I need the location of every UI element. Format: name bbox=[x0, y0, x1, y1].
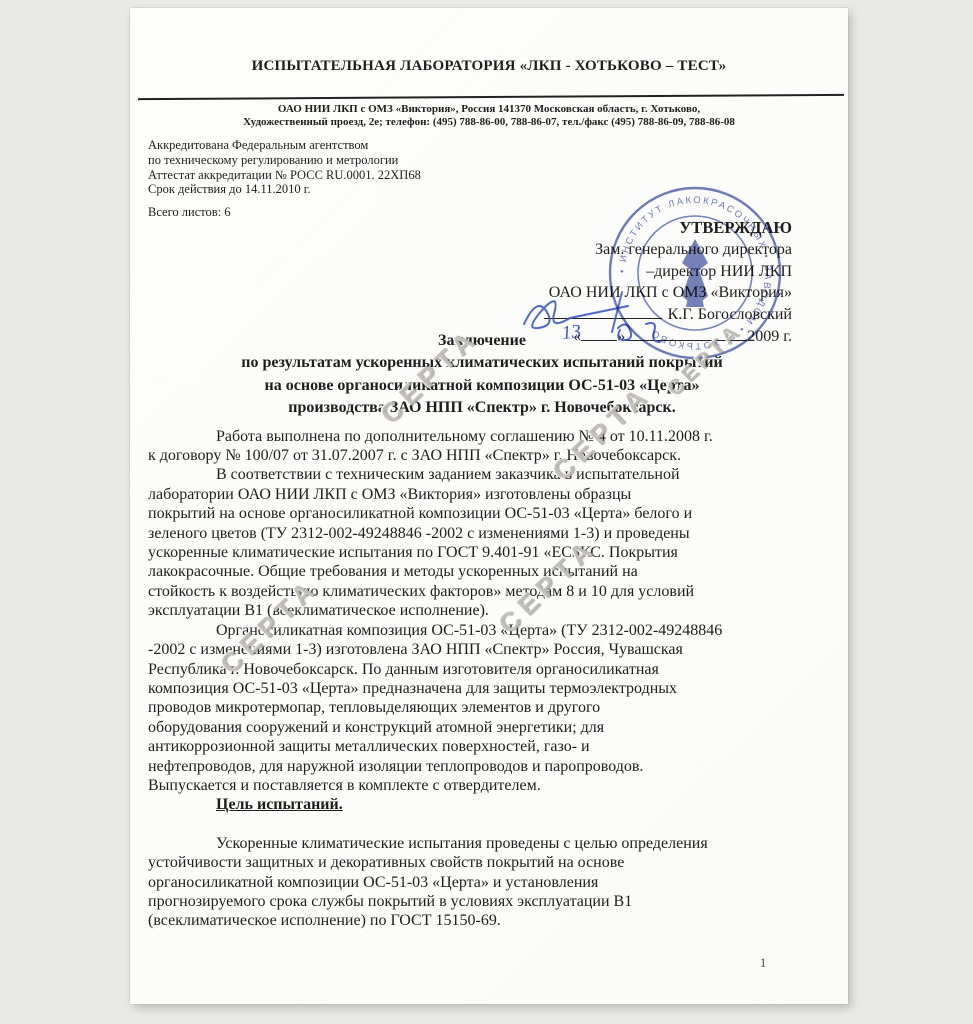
header-divider bbox=[138, 94, 844, 100]
org-address-line1: ОАО НИИ ЛКП с ОМЗ «Виктория», Россия 141… bbox=[130, 103, 848, 115]
page-number: 1 bbox=[760, 956, 766, 971]
sheets-count: Всего листов: 6 bbox=[148, 205, 231, 220]
paragraph-3: Органосиликатная композиция ОС-51-03 «Це… bbox=[148, 621, 816, 796]
paragraph-2: В соответствии с техническим заданием за… bbox=[148, 465, 816, 620]
document-title: Заключение по результатам ускоренных кли… bbox=[148, 330, 816, 420]
paragraph-1: Работа выполнена по дополнительному согл… bbox=[148, 427, 816, 466]
stamp-emblem bbox=[682, 239, 708, 307]
goal-heading: Цель испытаний. bbox=[216, 795, 816, 814]
accreditation-block: Аккредитована Федеральным агентством по … bbox=[148, 138, 421, 197]
document-page: ИСПЫТАТЕЛЬНАЯ ЛАБОРАТОРИЯ «ЛКП - ХОТЬКОВ… bbox=[130, 8, 848, 1004]
paragraph-4: Ускоренные климатические испытания прове… bbox=[148, 834, 816, 931]
lab-title: ИСПЫТАТЕЛЬНАЯ ЛАБОРАТОРИЯ «ЛКП - ХОТЬКОВ… bbox=[130, 58, 848, 75]
scanned-document-view: ИСПЫТАТЕЛЬНАЯ ЛАБОРАТОРИЯ «ЛКП - ХОТЬКОВ… bbox=[0, 0, 973, 1024]
org-address-line2: Художественный проезд, 2е; телефон: (495… bbox=[130, 116, 848, 128]
